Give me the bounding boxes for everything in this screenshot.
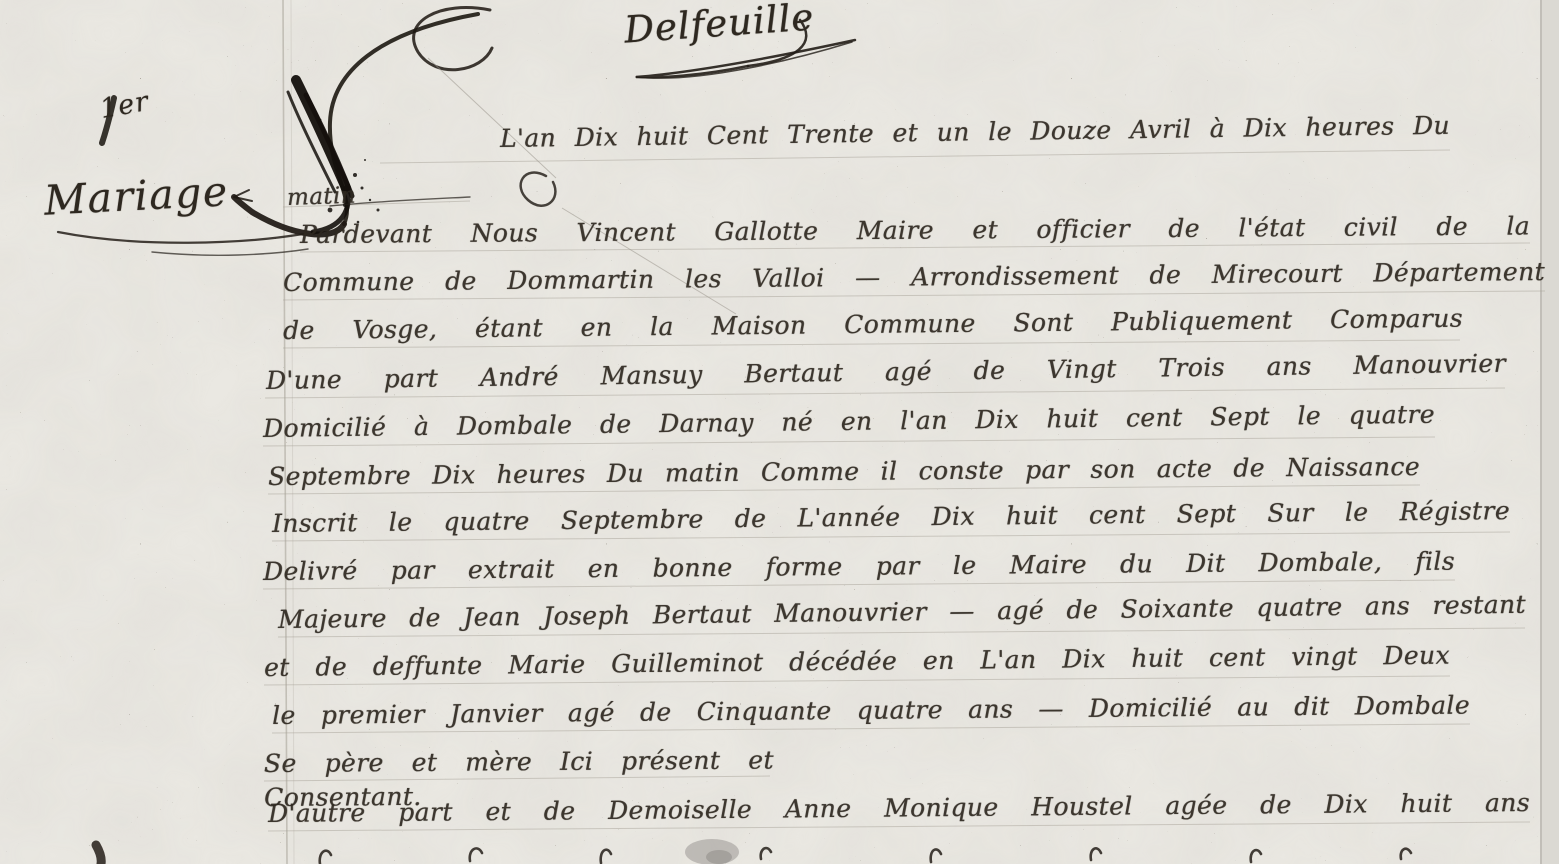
manuscript-line-1: L'an Dix huit Cent Trente et un le Douze… — [500, 109, 1450, 156]
manuscript-line-2: matin — [286, 174, 487, 215]
manuscript-line-12: et de deffunte Marie Guilleminot décédée… — [264, 639, 1450, 685]
manuscript-line-5: de Vosge, étant en la Maison Commune Son… — [283, 302, 1463, 348]
bottom-smudge-dark — [706, 850, 732, 864]
scan-right-edge — [1540, 0, 1559, 864]
manuscript-line-10: Delivré par extrait en bonne forme par l… — [263, 545, 1455, 589]
document-scan-page: 1er Mariage Delfeuille L'an Dix huit Cen… — [0, 0, 1559, 864]
manuscript-line-3: Pardevant Nous Vincent Gallotte Maire et… — [300, 209, 1530, 252]
bottom-smudge — [685, 839, 739, 864]
manuscript-line-11: Majeure de Jean Joseph Bertaut Manouvrie… — [278, 588, 1526, 637]
manuscript-line-6: D'une part André Mansuy Bertaut agé de V… — [266, 347, 1506, 398]
margin-record-number: 1er — [98, 86, 152, 125]
manuscript-line-7: Domicilié à Dombale de Darnay né en l'an… — [263, 398, 1435, 446]
manuscript-line-8: Septembre Dix heures Du matin Comme il c… — [268, 450, 1420, 494]
manuscript-line-9: Inscrit le quatre Septembre de L'année D… — [272, 494, 1510, 541]
header-signature: Delfeuille — [623, 0, 816, 52]
cutoff-line-strokes — [96, 845, 1411, 864]
manuscript-line-4: Commune de Dommartin les Valloi — Arrond… — [283, 255, 1545, 300]
margin-record-type: Mariage — [43, 167, 230, 225]
manuscript-line-13: le premier Janvier agé de Cinquante quat… — [272, 689, 1470, 733]
